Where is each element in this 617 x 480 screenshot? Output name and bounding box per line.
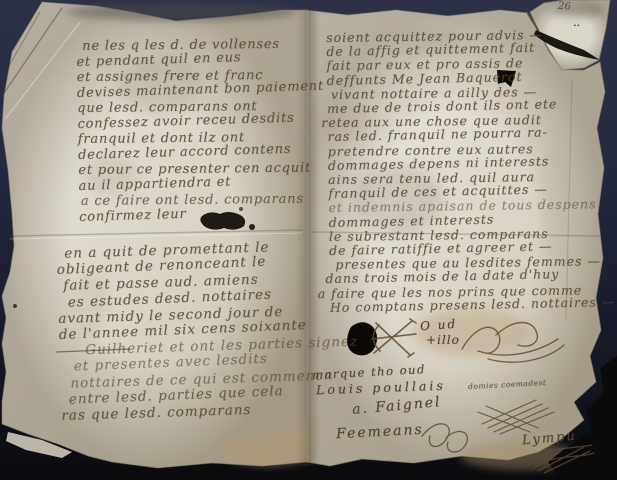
mark-label-line1: O ud <box>420 317 458 334</box>
handwriting-layer: ne les q les d. de vollenseset pendant q… <box>0 0 617 480</box>
paraph-loops-icon <box>418 416 482 458</box>
right-page-text: soient acquittez pour advis —de la affig… <box>326 27 615 315</box>
left-page-text-upper: ne les q les d. de vollenseset pendant q… <box>76 35 326 225</box>
flourish-signature-icon <box>458 315 570 365</box>
signature-faignel: a. Faignel <box>351 394 442 418</box>
left-page-text-lower: en a quit de promettant leobligeant de r… <box>56 237 360 425</box>
manuscript-scan: ne les q les d. de vollenseset pendant q… <box>0 0 617 480</box>
mark-label-line2: +illo <box>426 333 460 347</box>
small-ink-note: domies coemadest <box>468 378 547 391</box>
notary-bow-cross-mark-icon <box>366 313 422 363</box>
signature-feemeans: Feemeans <box>336 422 424 443</box>
flap-pencil-note: 26 <box>558 1 571 13</box>
flap-ink-dots: .. <box>573 16 580 29</box>
